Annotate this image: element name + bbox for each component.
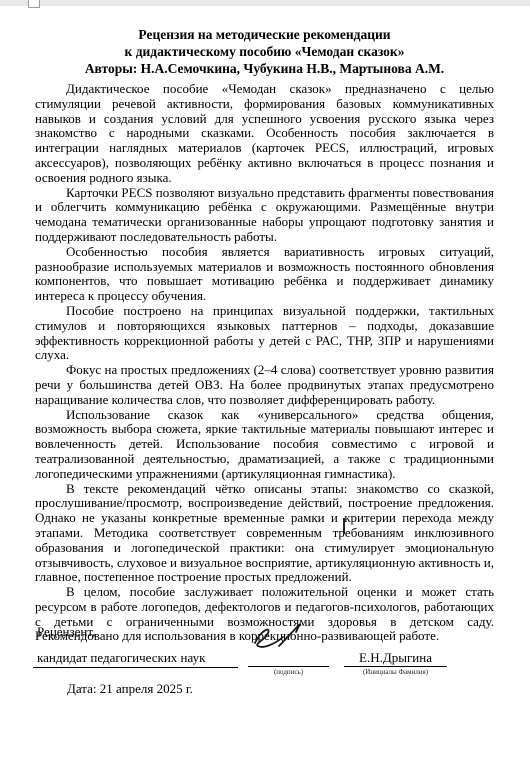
paragraph-3[interactable]: Особенностью пособия является вариативно…	[35, 245, 494, 304]
signature-image[interactable]	[250, 621, 306, 652]
document-body[interactable]: Дидактическое пособие «Чемодан сказок» п…	[35, 82, 494, 644]
name-caption: (Инициалы Фамилия)	[344, 668, 447, 676]
reviewer-degree[interactable]: кандидат педагогических наук	[33, 650, 238, 668]
object-anchor-icon	[28, 0, 40, 8]
paragraph-6[interactable]: Использование сказок как «универсального…	[35, 408, 494, 482]
paragraph-2[interactable]: Карточки PECS позволяют визуально предст…	[35, 186, 494, 245]
document-title: Рецензия на методические рекомендации к …	[35, 26, 494, 77]
title-line-1: Рецензия на методические рекомендации	[35, 26, 494, 43]
reviewer-label[interactable]: Рецензент,	[37, 624, 95, 640]
title-line-3: Авторы: Н.А.Семочкина, Чубукина Н.В., Ма…	[35, 60, 494, 77]
title-line-2: к дидактическому пособию «Чемодан сказок…	[35, 43, 494, 60]
document-page[interactable]: Рецензия на методические рекомендации к …	[35, 26, 494, 644]
date-line[interactable]: Дата: 21 апреля 2025 г.	[67, 681, 193, 697]
top-toolbar-strip	[0, 0, 530, 6]
reviewer-name[interactable]: Е.Н.Дрыгина	[344, 650, 447, 667]
text-caret	[343, 518, 345, 534]
paragraph-1[interactable]: Дидактическое пособие «Чемодан сказок» п…	[35, 82, 494, 186]
paragraph-5[interactable]: Фокус на простых предложениях (2–4 слова…	[35, 363, 494, 407]
signature-caption: (подпись)	[248, 668, 329, 676]
paragraph-4[interactable]: Пособие построено на принципах визуально…	[35, 304, 494, 363]
signature-line	[248, 650, 329, 667]
paragraph-7[interactable]: В тексте рекомендаций чётко описаны этап…	[35, 482, 494, 586]
